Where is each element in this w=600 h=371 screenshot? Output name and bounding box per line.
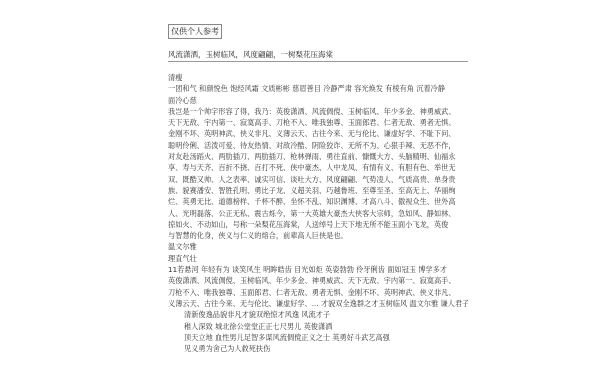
paragraph-line: 我岂是一个帅字形容了得，我乃：英俊潇洒、风流倜傥、玉树临风、年少多金、神勇威武、 [168, 106, 468, 117]
paragraph-line: 天下无敌、宇内第一、寂寞高手、刀枪不入、唯我独尊、玉面郎君、仁者无敌、勇者无惧、 [168, 117, 468, 128]
paragraph-line: 掠如火、不动如山，号称一朵梨花压海棠，人送绰号上天下地无所不能玉面小飞龙，英俊 [168, 219, 468, 230]
paragraph-line: 义薄云天、古往今来、无与伦比、谦虚好学、... 才貌双全逸群之才玉树临风 温文尔… [168, 298, 468, 309]
indented-line: 稚人深致 城北徐公堂堂正正七尺男儿 英俊潇洒 [168, 321, 468, 332]
paragraph-line: 族、貌赛潘安、智胜孔明、勇比子龙、义超关羽、巧越鲁班、至尊至圣、至高无上、华丽绚 [168, 185, 468, 196]
section-title: 理直气壮 [168, 253, 468, 264]
paragraph-line: 人、光明磊落、公正无私、震古烁今，第一大英雄大豪杰大侠客大宗师，急如风、静如林、 [168, 208, 468, 219]
document-body: 清瘦 一团和气 和颜悦色 饱经风霜 文质彬彬 慈眉善目 冷静严肃 容光焕发 有棱… [168, 72, 468, 354]
section-title: 温文尔雅 [168, 241, 468, 252]
indented-line: 清新俊逸品貌非凡才貌双绝惊才风逸 风流才子 [168, 309, 468, 320]
section-title: 清瘦 [168, 72, 468, 83]
document-header: 风流潇洒，玉树临风，风度翩翩，一树梨花压海棠 [168, 50, 468, 62]
paragraph-line: 双、既酷又帅、人之表率、诚实可信、谈吐大方、风度翩翩、气势凌人、气质高贵、单身贵 [168, 174, 468, 185]
indented-line: 顶天立地 血性男儿足智多谋风流倜傥正义之士 英勇好斗武艺高强 [168, 332, 468, 343]
paragraph-line: 聪明伶俐、活泼可爱、待友热情、对敌冷酷、阴险狡诈、无所不为、心狠手辣、无恶不作， [168, 140, 468, 151]
indented-line: 见义勇为舍己为人救死扶伤 [168, 343, 468, 354]
paragraph-line: 刀枪不入、唯我独尊、玉面郎君、仁者无敌、勇者无惧、金刚不坏、英明神武、侠义非凡、 [168, 287, 468, 298]
word-list: 11若悬河 年轻有为 谈笑风生 明眸皓齿 目光如炬 英姿勃勃 伶牙俐齿 面如冠玉… [168, 264, 468, 275]
paragraph-line: 英俊潇洒、风流倜傥、玉树临风、年少多金、神勇威武、天下无敌、宇内第一、寂寞高手、 [168, 275, 468, 286]
paragraph-line: 与智慧的化身，侠义与仁义的熔合，前辈高人巨侠是也。 [168, 230, 468, 241]
reference-only-badge: 仅供个人参考 [168, 24, 222, 39]
paragraph-line: 对友赴汤蹈火、两肋插刀、两肋插刀、枪林弹雨、勇往直前、慷慨大方、头脑精明、仙福永 [168, 151, 468, 162]
paragraph-line: 金刚不坏、英明神武、侠义非凡、义薄云天、古往今来、无与伦比、谦虚好学、不耻下问、 [168, 128, 468, 139]
paragraph-line: 烂、英勇无比、道德榜样、千杯不醉、坐怀不乱、知识渊博、才高八斗、傲视众生、世外高 [168, 196, 468, 207]
paragraph-line: 享、寿与天齐、百折不挠、百打不死、侠中豪杰、人中龙凤、有情有义、有胆有色、举世无 [168, 162, 468, 173]
word-list: 一团和气 和颜悦色 饱经风霜 文质彬彬 慈眉善目 冷静严肃 容光焕发 有棱有角 … [168, 83, 468, 94]
word-list-cont: 面冷心慈 [168, 95, 468, 106]
